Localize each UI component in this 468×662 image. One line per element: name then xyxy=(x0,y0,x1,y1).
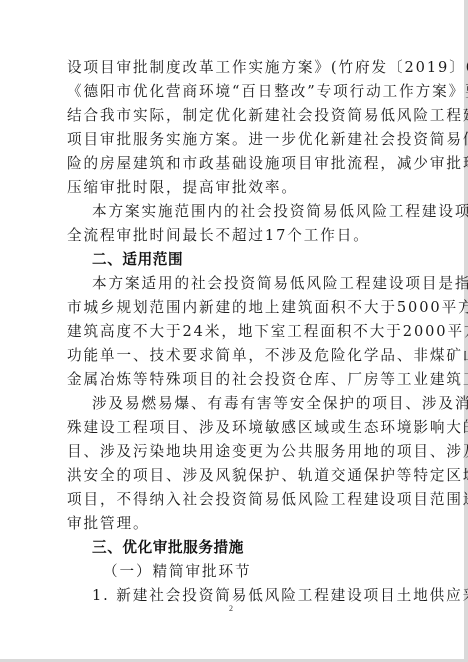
section-heading-scope: 二、适用范围 xyxy=(92,251,399,269)
paragraph-line: 洪安全的项目、涉及风貌保护、轨道交通保护等特定区域的 xyxy=(67,467,399,485)
paragraph-line: 全流程审批时间最长不超过17个工作日。 xyxy=(67,227,399,245)
paragraph-line: 结合我市实际，制定优化新建社会投资简易低风险工程建设 xyxy=(67,107,399,125)
page-number: 2 xyxy=(229,604,233,613)
paragraph-line: 《德阳市优化营商环境“百日整改”专项行动工作方案》要求， xyxy=(67,83,399,101)
paragraph-line: 压缩审批时限，提高审批效率。 xyxy=(67,179,399,197)
paragraph-line: 市城乡规划范围内新建的地上建筑面积不大于5000平方米， xyxy=(67,299,399,317)
numbered-item: 1. 新建社会投资简易低风险工程建设项目土地供应采用 xyxy=(92,587,424,605)
paragraph-line: 本方案适用的社会投资简易低风险工程建设项目是指：我 xyxy=(92,275,399,293)
paragraph-line: 金属冶炼等特殊项目的社会投资仓库、厂房等工业建筑工程。 xyxy=(67,371,399,389)
paragraph-line: 建筑高度不大于24米，地下室工程面积不大于2000平方米， xyxy=(67,323,399,341)
section-heading-measures: 三、优化审批服务措施 xyxy=(92,539,399,557)
paragraph-line: 险的房屋建筑和市政基础设施项目审批流程，减少审批环节， xyxy=(67,155,399,173)
paragraph-line: 审批管理。 xyxy=(67,515,399,533)
paragraph-line: 功能单一、技术要求简单，不涉及危险化学品、非煤矿山、 xyxy=(67,347,399,365)
paragraph-line: 项目，不得纳入社会投资简易低风险工程建设项目范围进行 xyxy=(67,491,399,509)
paragraph-line: 本方案实施范围内的社会投资简易低风险工程建设项目 xyxy=(92,203,399,221)
paragraph-line: 目、涉及污染地块用途变更为公共服务用地的项目、涉及防 xyxy=(67,443,399,461)
paragraph-line: 项目审批服务实施方案。进一步优化新建社会投资简易低风 xyxy=(67,131,399,149)
paragraph-line: 殊建设工程项目、涉及环境敏感区域或生态环境影响大的项 xyxy=(67,419,399,437)
subsection-heading: （一）精简审批环节 xyxy=(103,563,435,581)
document-page: 设项目审批制度改革工作实施方案》(竹府发〔2019〕66号)、 《德阳市优化营商… xyxy=(0,0,464,659)
paragraph-line: 设项目审批制度改革工作实施方案》(竹府发〔2019〕66号)、 xyxy=(67,59,399,77)
paragraph-line: 涉及易燃易爆、有毒有害等安全保护的项目、涉及消防特 xyxy=(92,395,399,413)
